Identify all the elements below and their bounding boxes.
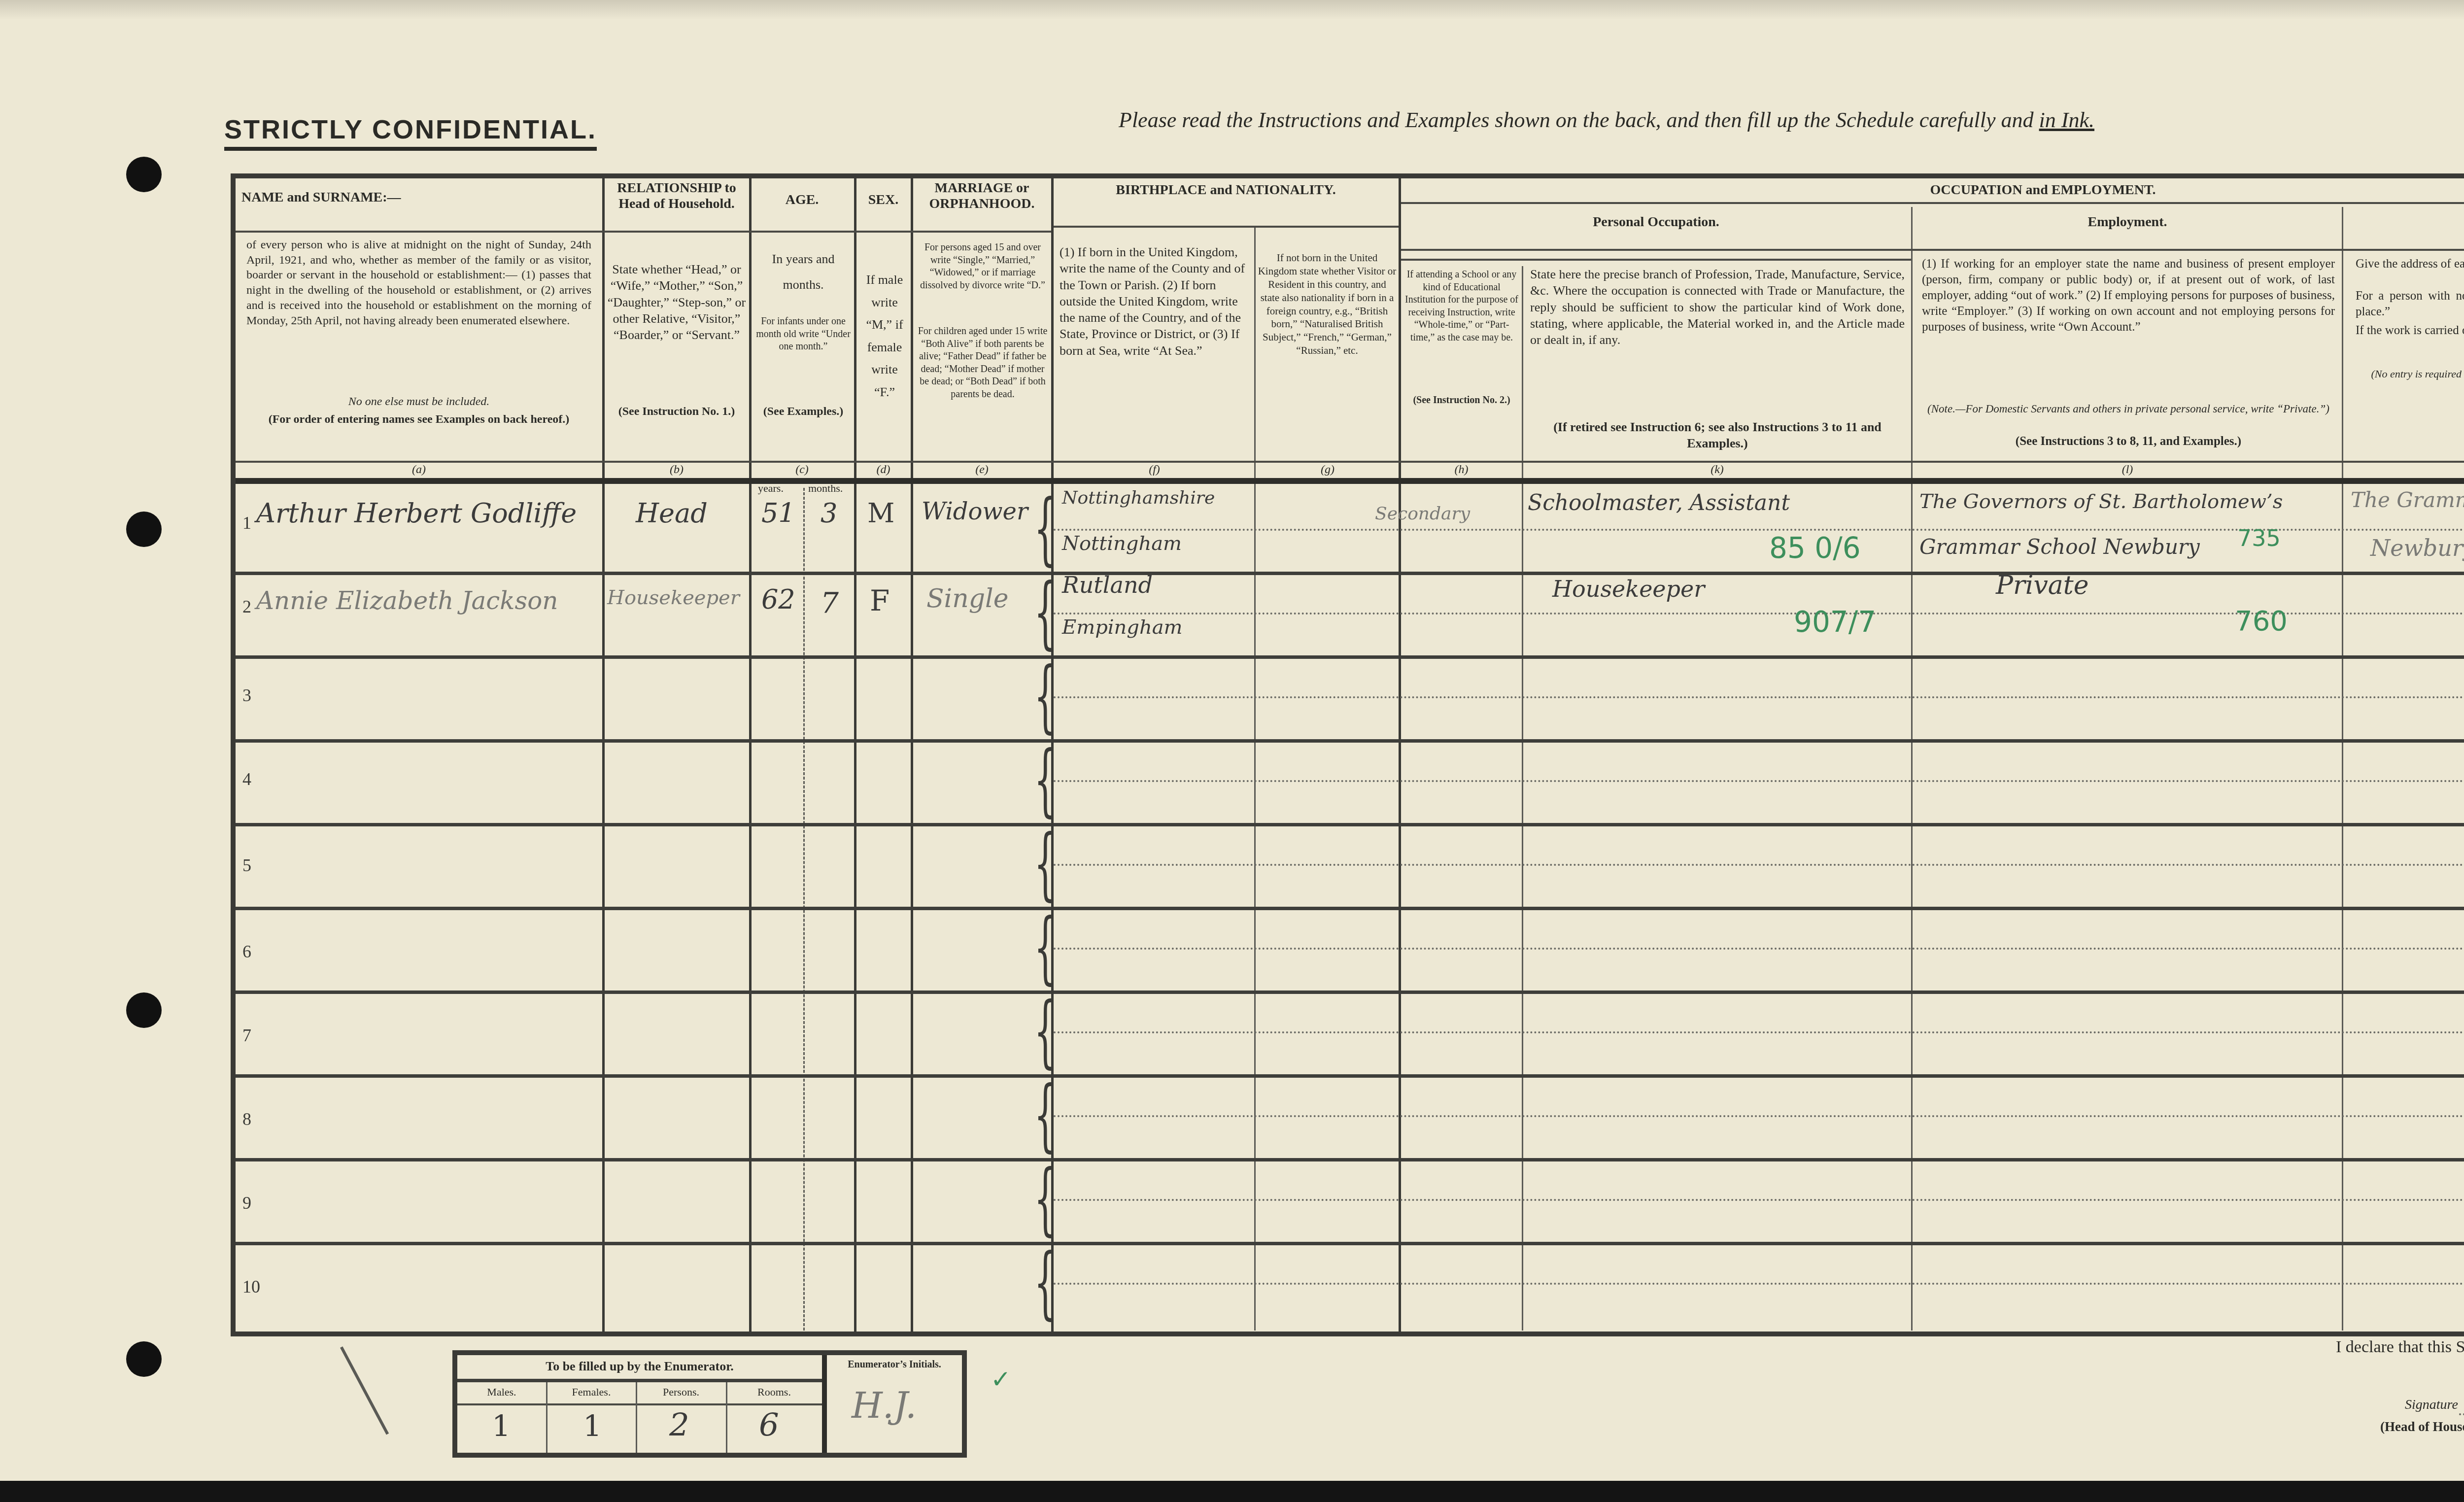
birthplace-town[interactable]: Nottingham: [1062, 532, 1182, 555]
confidential-heading: STRICTLY CONFIDENTIAL.: [224, 114, 597, 151]
row-subline: [1054, 696, 2464, 698]
scan-top-edge: [0, 0, 2464, 20]
col-divider: [1911, 207, 1913, 1331]
row-rule: [1054, 1158, 2464, 1161]
age-years[interactable]: 51: [761, 498, 795, 529]
header-rule: [1054, 226, 1399, 228]
enumerator-summary-box: To be filled up by the Enumerator. Males…: [452, 1350, 967, 1458]
age-months-label: months.: [808, 482, 843, 495]
col-m-instructions-home: If the work is carried on mainly at home…: [2356, 323, 2464, 339]
employer-code: 760: [2235, 605, 2288, 637]
col-b-title: RELATIONSHIP to Head of Household.: [605, 180, 748, 212]
sex[interactable]: M: [867, 498, 894, 529]
row-number: 6: [242, 941, 251, 962]
divider: [726, 1382, 727, 1453]
col-b-instructions: State whether “Head,” or “Wife,” “Mother…: [607, 261, 746, 343]
col-c-title: AGE.: [752, 192, 853, 208]
col-g-letter: (g): [1257, 463, 1399, 477]
scan-bottom-edge: [0, 1481, 2464, 1502]
workplace-line-2[interactable]: Newbury, Berks: [2370, 535, 2464, 561]
col-d-letter: (d): [857, 463, 909, 477]
punch-hole: [126, 992, 162, 1028]
row-rule: [1054, 655, 2464, 659]
col-h-see: (See Instruction No. 2.): [1403, 394, 1520, 407]
col-l-note: (Note.—For Domestic Servants and others …: [1922, 402, 2335, 416]
rooms-count[interactable]: 6: [759, 1407, 779, 1444]
col-k-see: (If retired see Instruction 6; see also …: [1530, 419, 1905, 452]
row-rule: [236, 655, 1051, 659]
row-rule: [1054, 1074, 2464, 1078]
punch-hole: [126, 157, 162, 192]
col-l-letter: (l): [1914, 463, 2341, 477]
row-rule: [1054, 739, 2464, 743]
punch-hole: [126, 1341, 162, 1377]
row-number: 3: [242, 685, 251, 706]
occupation-code: 85 0/6: [1769, 531, 1861, 565]
place-of-work-title: Place of Work.: [2344, 214, 2464, 230]
row-number: 1: [242, 512, 251, 533]
col-a-order-note: (For order of entering names see Example…: [241, 412, 596, 427]
birthplace-brace: {: [1034, 908, 1057, 987]
birthplace-brace: {: [1034, 991, 1057, 1070]
row-rule: [1054, 990, 2464, 994]
workplace-line-1[interactable]: The Grammar School,: [2351, 488, 2464, 512]
relationship[interactable]: Head: [636, 498, 708, 529]
marriage-status[interactable]: Single: [926, 584, 1008, 614]
col-a-instructions: of every person who is alive at midnight…: [246, 238, 591, 328]
col-c-infant-note: For infants under one month old write “U…: [754, 315, 853, 353]
col-f-instructions: (1) If born in the United Kingdom, write…: [1060, 244, 1249, 359]
instruction-ink: in Ink.: [2039, 108, 2094, 132]
row-subline: [1054, 780, 2464, 782]
employer-line-2[interactable]: Grammar School Newbury: [1919, 535, 2200, 559]
col-h-instructions: If attending a School or any kind of Edu…: [1403, 269, 1520, 344]
instruction-line: Please read the Instructions and Example…: [1119, 107, 2094, 133]
col-m-instructions-nofixed: For a person with no regular place of wo…: [2356, 288, 2464, 320]
row-number: 4: [242, 769, 251, 789]
row-subline: [1054, 948, 2464, 950]
row-number: 8: [242, 1109, 251, 1129]
sex[interactable]: F: [870, 584, 890, 617]
employer-line-1[interactable]: The Governors of St. Bartholomew’s: [1919, 490, 2283, 513]
col-divider: [1254, 227, 1256, 1331]
row-rule: [236, 907, 1051, 910]
marriage-status[interactable]: Widower: [922, 498, 1028, 525]
row-number: 10: [242, 1276, 260, 1297]
age-months[interactable]: 7: [821, 586, 839, 620]
col-e-letter: (e): [914, 463, 1050, 477]
col-f-letter: (f): [1055, 463, 1254, 477]
row-rule: [236, 1158, 1051, 1161]
header-rule: [1401, 249, 2464, 251]
signature-label: Signature: [2405, 1397, 2458, 1413]
row-rule: [1054, 1242, 2464, 1245]
row-rule: [236, 823, 1051, 826]
col-c-instructions: In years and months.: [769, 246, 838, 298]
col-e-adult-instructions: For persons aged 15 and over write “Sing…: [917, 241, 1049, 292]
col-c-letter: (c): [752, 463, 853, 477]
pencil-stroke: [340, 1346, 389, 1434]
col-g-instructions: If not born in the United Kingdom state …: [1258, 251, 1397, 357]
col-occupation-title: OCCUPATION and EMPLOYMENT.: [1401, 182, 2464, 198]
col-divider: [2342, 207, 2343, 1331]
persons-count[interactable]: 2: [669, 1407, 689, 1444]
col-l-see: (See Instructions 3 to 8, 11, and Exampl…: [1922, 434, 2335, 449]
occupation[interactable]: Schoolmaster, Assistant: [1528, 490, 1790, 515]
row-subline: [1054, 1031, 2464, 1033]
males-label: Males.: [457, 1386, 546, 1399]
divider: [636, 1382, 637, 1453]
row-subline: [1054, 1199, 2464, 1201]
person-name[interactable]: Arthur Herbert Godliffe: [256, 498, 577, 529]
age-months[interactable]: 3: [821, 498, 837, 529]
row-number: 9: [242, 1193, 251, 1213]
row-subline: [1054, 1283, 2464, 1285]
punch-hole: [126, 512, 162, 547]
enumerator-initials-label: Enumerator’s Initials.: [828, 1359, 961, 1370]
females-count[interactable]: 1: [583, 1409, 602, 1444]
col-m-note: (No entry is required for any person who…: [2356, 367, 2464, 381]
birthplace-brace: {: [1034, 489, 1057, 568]
header-rule: [1401, 259, 1911, 261]
row-number: 7: [242, 1025, 251, 1046]
declaration-text: I declare that this Schedule is correctl…: [2336, 1338, 2464, 1357]
occupation[interactable]: Housekeeper: [1552, 576, 1705, 602]
divider: [457, 1403, 822, 1405]
age-years-label: years.: [758, 482, 784, 495]
personal-occupation-title: Personal Occupation.: [1401, 214, 1911, 230]
instruction-text: Please read the Instructions and Example…: [1119, 108, 2039, 132]
row-rule: [236, 990, 1051, 994]
row-subline: [1054, 1115, 2464, 1117]
col-l-instructions: (1) If working for an employer state the…: [1922, 256, 2335, 335]
birthplace-brace: {: [1034, 740, 1057, 819]
row-rule: [1054, 907, 2464, 910]
age-years[interactable]: 62: [761, 584, 795, 615]
header-rule: [1401, 202, 2464, 204]
enumerator-initials[interactable]: H.J.: [852, 1385, 917, 1426]
col-d-instructions: If male write “M,” if female write “F.”: [865, 269, 904, 403]
birthplace-brace: {: [1034, 1159, 1057, 1238]
col-fg-title: BIRTHPLACE and NATIONALITY.: [1055, 182, 1397, 198]
birthplace-brace: {: [1034, 656, 1057, 735]
col-m-letter: (m): [2344, 463, 2464, 477]
col-b-letter: (b): [605, 463, 748, 477]
row-rule: [236, 572, 1051, 575]
employer-code: 735: [2237, 525, 2281, 551]
row-rule: [236, 739, 1051, 743]
header-rule: [236, 231, 1051, 233]
rooms-label: Rooms.: [727, 1386, 821, 1399]
row-subline: [1054, 864, 2464, 866]
col-b-see: (See Instruction No. 1.): [607, 404, 746, 419]
col-m-instructions-address: Give the address of each person’s place …: [2356, 256, 2464, 272]
divider: [546, 1382, 548, 1453]
col-h-letter: (h): [1401, 463, 1522, 477]
relationship[interactable]: Housekeeper: [607, 586, 740, 609]
header-bottom-rule: [236, 478, 2464, 484]
col-divider: [1522, 266, 1523, 1331]
check-mark: ✓: [991, 1365, 1011, 1394]
birthplace-county[interactable]: Rutland: [1062, 572, 1153, 598]
col-e-title: MARRIAGE or ORPHANHOOD.: [914, 180, 1050, 212]
birthplace-brace: {: [1034, 1075, 1057, 1154]
col-k-letter: (k): [1524, 463, 1911, 477]
row-number: 2: [242, 596, 251, 617]
col-a-title: NAME and SURNAME:—: [241, 190, 596, 205]
person-name[interactable]: Annie Elizabeth Jackson: [256, 586, 558, 615]
persons-label: Persons.: [637, 1386, 725, 1399]
col-c-see: (See Examples.): [754, 404, 853, 419]
col-k-instructions: State here the precise branch of Profess…: [1530, 266, 1905, 348]
signature-line: [2459, 1413, 2464, 1415]
col-a-letter: (a): [241, 463, 596, 477]
birthplace-brace: {: [1034, 824, 1057, 903]
divider: [457, 1379, 822, 1382]
row-rule: [236, 1074, 1051, 1078]
females-label: Females.: [547, 1386, 636, 1399]
birthplace-brace: {: [1034, 573, 1057, 651]
col-a-note: No one else must be included.: [241, 394, 596, 410]
col-e-child-instructions: For children aged under 15 write “Both A…: [917, 325, 1049, 401]
signer-note: (Head of Household, Manager of Establish…: [2380, 1419, 2464, 1434]
row-rule: [236, 1242, 1051, 1245]
divider: [822, 1355, 827, 1453]
row-number: 5: [242, 855, 251, 876]
birthplace-brace: {: [1034, 1243, 1057, 1322]
birthplace-county[interactable]: Nottinghamshire: [1062, 488, 1215, 508]
education-status[interactable]: Secondary: [1375, 504, 1470, 524]
birthplace-town[interactable]: Empingham: [1062, 616, 1182, 639]
col-d-title: SEX.: [857, 192, 909, 208]
employer-line-1[interactable]: Private: [1996, 571, 2089, 600]
letter-rule: [236, 461, 2464, 463]
occupation-code: 907/7: [1794, 605, 1876, 639]
employment-title: Employment.: [1914, 214, 2341, 230]
row-rule: [1054, 823, 2464, 826]
males-count[interactable]: 1: [492, 1409, 511, 1444]
row-rule: [1054, 572, 2464, 575]
enumerator-summary-title: To be filled up by the Enumerator.: [457, 1359, 822, 1374]
